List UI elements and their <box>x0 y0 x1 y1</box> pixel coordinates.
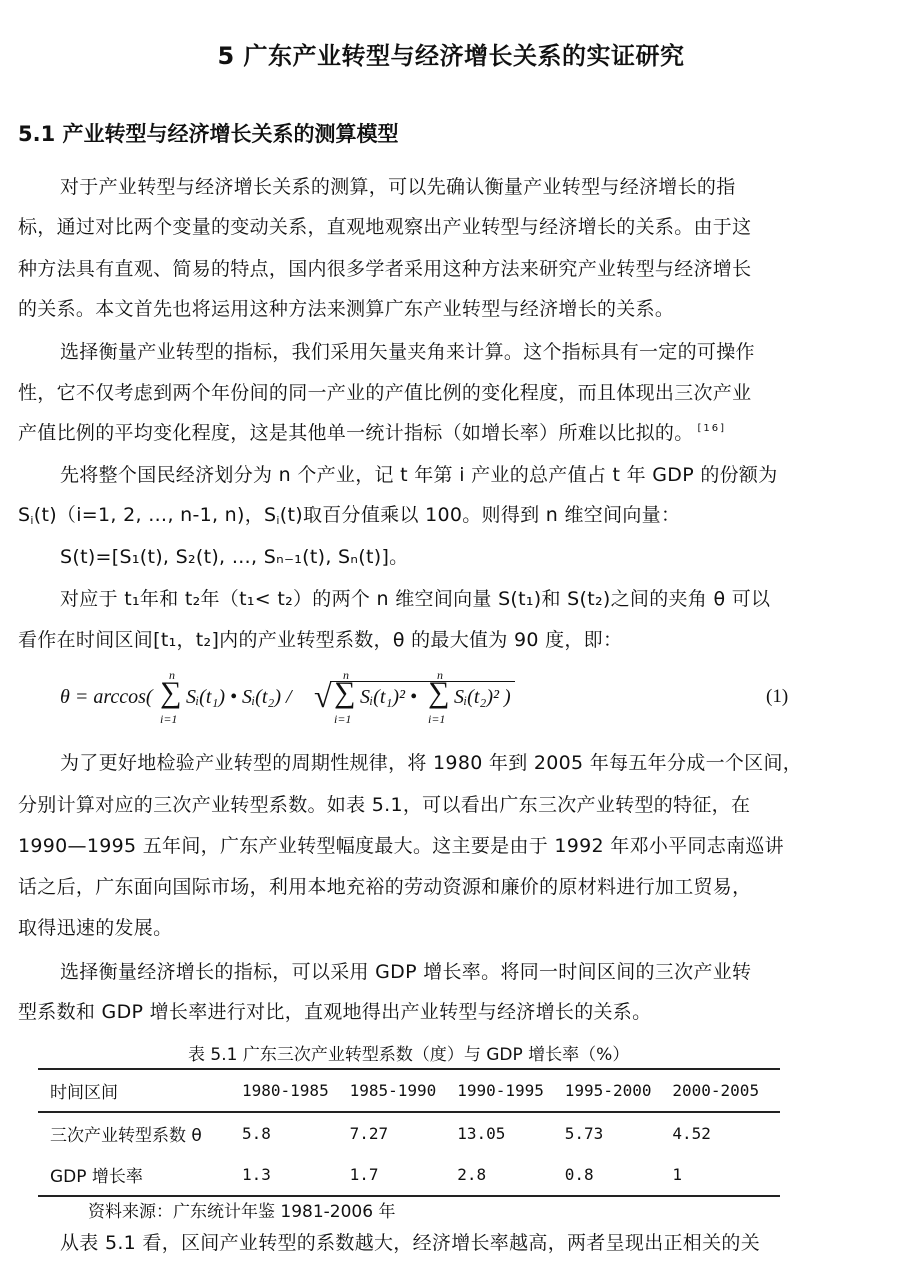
sum-lower-limit: i=1 <box>334 712 351 727</box>
vector-definition: S(t)=[S₁(t), S₂(t), …, Sₙ₋₁(t), Sₙ(t)]。 <box>60 542 408 569</box>
table-cell: 1.3 <box>242 1154 350 1196</box>
table-cell: 5.8 <box>242 1112 350 1154</box>
paragraph-2-line-3-text: 产值比例的平均变化程度，这是其他单一统计指标（如增长率）所难以比拟的。 <box>18 422 694 444</box>
table-source: 资料来源：广东统计年鉴 1981-2006 年 <box>88 1197 395 1222</box>
table-cell: 0.8 <box>565 1154 673 1196</box>
paragraph-5-line-2: 分别计算对应的三次产业转型系数。如表 5.1，可以看出广东三次产业转型的特征，在 <box>18 790 750 817</box>
formula-lhs: θ = arccos( <box>60 686 153 709</box>
table-cell: 1.7 <box>350 1154 458 1196</box>
paragraph-1-line-4: 的关系。本文首先也将运用这种方法来测算广东产业转型与经济增长的关系。 <box>18 294 674 321</box>
table-cell: 7.27 <box>350 1112 458 1154</box>
paragraph-4-line-1: 对应于 t₁年和 t₂年（t₁< t₂）的两个 n 维空间向量 S(t₁)和 S… <box>60 584 770 611</box>
paragraph-2-line-1: 选择衡量产业转型的指标，我们采用矢量夹角来计算。这个指标具有一定的可操作 <box>60 337 755 364</box>
table-header-cell: 1985-1990 <box>350 1069 458 1112</box>
sqrt-icon: √ <box>314 678 332 715</box>
sum-lower-limit: i=1 <box>428 712 445 727</box>
sum-lower-limit: i=1 <box>160 712 177 727</box>
formula-theta: θ = arccos( n ∑ i=1 Sᵢ(t₁) • Sᵢ(t₂) / √ … <box>60 668 580 730</box>
table-cell: 13.05 <box>457 1112 565 1154</box>
paragraph-5-line-3: 1990—1995 五年间，广东产业转型幅度最大。这主要是由于 1992 年邓小… <box>18 831 784 858</box>
table-header-cell: 1980-1985 <box>242 1069 350 1112</box>
paragraph-2-line-2: 性，它不仅考虑到两个年份间的同一产业的产值比例的变化程度，而且体现出三次产业 <box>18 378 751 405</box>
paragraph-2-line-3: 产值比例的平均变化程度，这是其他单一统计指标（如增长率）所难以比拟的。[16] <box>18 418 726 445</box>
table-cell: 4.52 <box>672 1112 780 1154</box>
paragraph-1-line-2: 标，通过对比两个变量的变动关系，直观地观察出产业转型与经济增长的关系。由于这 <box>18 212 751 239</box>
table-cell: 1 <box>672 1154 780 1196</box>
paragraph-5-line-4: 话之后，广东面向国际市场，利用本地充裕的劳动资源和廉价的原材料进行加工贸易， <box>18 872 751 899</box>
sigma-icon: ∑ <box>428 678 449 708</box>
table-header-cell: 1995-2000 <box>565 1069 673 1112</box>
table-cell: 2.8 <box>457 1154 565 1196</box>
chapter-title: 5 广东产业转型与经济增长关系的实证研究 <box>0 36 902 71</box>
formula-term-1: Sᵢ(t₁) • Sᵢ(t₂) / <box>186 686 292 709</box>
sqrt-bar <box>330 681 515 682</box>
paragraph-5-line-1: 为了更好地检验产业转型的周期性规律，将 1980 年到 2005 年每五年分成一… <box>60 748 802 775</box>
paragraph-1-line-3: 种方法具有直观、简易的特点，国内很多学者采用这种方法来研究产业转型与经济增长 <box>18 254 751 281</box>
table-caption: 表 5.1 广东三次产业转型系数（度）与 GDP 增长率（%） <box>188 1040 629 1065</box>
symbol-s: S <box>18 504 30 526</box>
paragraph-6-line-1: 选择衡量经济增长的指标，可以采用 GDP 增长率。将同一时间区间的三次产业转 <box>60 957 751 984</box>
citation-16[interactable]: [16] <box>698 423 727 434</box>
sigma-icon: ∑ <box>160 678 181 708</box>
table-header-row: 时间区间 1980-1985 1985-1990 1990-1995 1995-… <box>38 1069 780 1112</box>
table-cell: 5.73 <box>565 1112 673 1154</box>
table-header-cell: 2000-2005 <box>672 1069 780 1112</box>
table-row: GDP 增长率 1.3 1.7 2.8 0.8 1 <box>38 1154 780 1196</box>
paragraph-3-text-b: (t)（i=1, 2, …, n-1, n)，S <box>34 504 277 526</box>
sigma-icon: ∑ <box>334 678 355 708</box>
formula-term-3: Sᵢ(t₂)² ) <box>454 686 511 709</box>
paragraph-3-line-2: Si(t)（i=1, 2, …, n-1, n)，Si(t)取百分值乘以 100… <box>18 500 680 527</box>
table-header-cell: 1990-1995 <box>457 1069 565 1112</box>
paragraph-4-line-2: 看作在时间区间[t₁，t₂]内的产业转型系数，θ 的最大值为 90 度，即： <box>18 625 622 652</box>
paragraph-1-line-1: 对于产业转型与经济增长关系的测算，可以先确认衡量产业转型与经济增长的指 <box>60 172 736 199</box>
paragraph-6-line-2: 型系数和 GDP 增长率进行对比，直观地得出产业转型与经济增长的关系。 <box>18 997 651 1024</box>
formula-term-2: Sᵢ(t₁)² • <box>360 686 417 709</box>
paragraph-3-line-1: 先将整个国民经济划分为 n 个产业，记 t 年第 i 产业的总产值占 t 年 G… <box>60 460 778 487</box>
paragraph-7-line-1: 从表 5.1 看，区间产业转型的系数越大，经济增长率越高，两者呈现出正相关的关 <box>60 1228 760 1255</box>
table-row-label: 三次产业转型系数 θ <box>38 1112 242 1154</box>
data-table: 时间区间 1980-1985 1985-1990 1990-1995 1995-… <box>38 1068 780 1197</box>
table-row-label: GDP 增长率 <box>38 1154 242 1196</box>
equation-number: (1) <box>766 686 788 708</box>
table-row: 三次产业转型系数 θ 5.8 7.27 13.05 5.73 4.52 <box>38 1112 780 1154</box>
table-header-cell: 时间区间 <box>38 1069 242 1112</box>
section-title: 5.1 产业转型与经济增长关系的测算模型 <box>18 118 399 148</box>
paragraph-5-line-5: 取得迅速的发展。 <box>18 913 172 940</box>
paragraph-3-text-c: (t)取百分值乘以 100。则得到 n 维空间向量： <box>280 504 681 526</box>
